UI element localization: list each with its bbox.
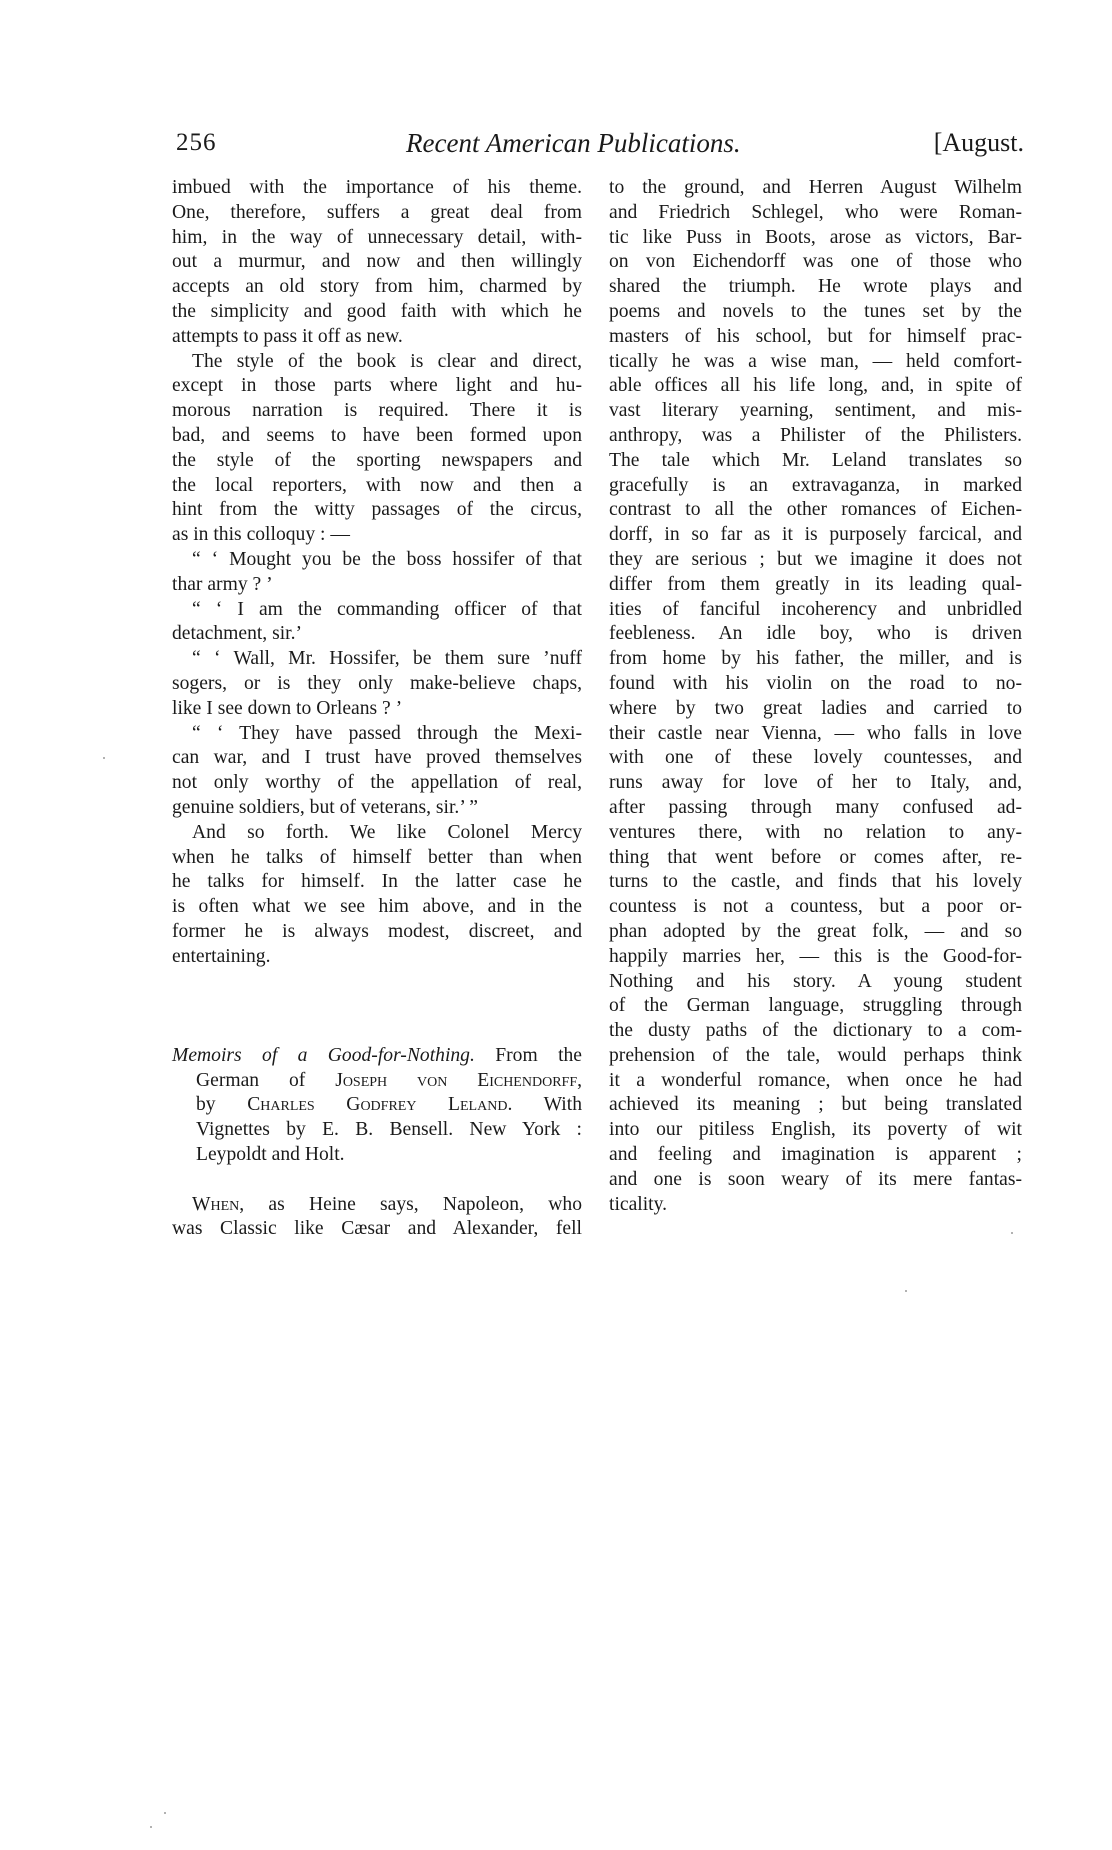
text-line: happily marries her, — this is the Good-… [609, 945, 1022, 970]
scan-speck [1011, 1232, 1013, 1234]
text-line: with one of these lovely countesses, and [609, 746, 1022, 771]
text-line: not only worthy of the appellation of re… [172, 771, 582, 796]
book-author: Joseph von Eichendorff, [335, 1070, 582, 1091]
dialogue-quote: “ ‘ They have passed through the Mexi- c… [172, 722, 582, 821]
text-line: by Charles Godfrey Leland. With [172, 1093, 582, 1118]
text-line: able offices all his life long, and, in … [609, 374, 1022, 399]
text-line: ticality. [609, 1193, 1022, 1218]
text-line: The tale which Mr. Leland translates so [609, 449, 1022, 474]
text-line: differ from them greatly in its leading … [609, 573, 1022, 598]
text-line: of the German language, struggling throu… [609, 994, 1022, 1019]
text-line: When, as Heine says, Napoleon, who [172, 1193, 582, 1218]
text-line: detachment, sir.’ [172, 622, 582, 647]
text-line: found with his violin on the road to no- [609, 672, 1022, 697]
text-line: German of Joseph von Eichendorff, [172, 1069, 582, 1094]
text-line: dorff, in so far as it is purposely farc… [609, 523, 1022, 548]
text-line: except in those parts where light and hu… [172, 374, 582, 399]
text-line: “ ‘ Wall, Mr. Hossifer, be them sure ’nu… [172, 647, 582, 672]
text-line: bad, and seems to have been formed upon [172, 424, 582, 449]
review-heading: Memoirs of a Good-for-Nothing. From the … [172, 1044, 582, 1168]
text-line: gracefully is an extravaganza, in marked [609, 474, 1022, 499]
paragraph-review-opening: When, as Heine says, Napoleon, who was C… [172, 1193, 582, 1243]
book-citation-text: German of [196, 1070, 305, 1091]
scan-speck [150, 1826, 152, 1828]
text-line: attempts to pass it off as new. [172, 325, 582, 350]
text-line: to the ground, and Herren August Wilhelm [609, 176, 1022, 201]
text-line: shared the triumph. He wrote plays and [609, 275, 1022, 300]
text-line: like I see down to Orleans ? ’ [172, 697, 582, 722]
text-line: Memoirs of a Good-for-Nothing. From the [172, 1044, 582, 1069]
text-line: was Classic like Cæsar and Alexander, fe… [172, 1217, 582, 1242]
text-line: morous narration is required. There it i… [172, 399, 582, 424]
paragraph-theme: imbued with the importance of his theme.… [172, 176, 582, 350]
text-line: and one is soon weary of its mere fantas… [609, 1168, 1022, 1193]
scan-speck [103, 757, 105, 759]
text-line: One, therefore, suffers a great deal fro… [172, 201, 582, 226]
book-citation-text: With [544, 1094, 582, 1115]
text-line: former he is always modest, discreet, an… [172, 920, 582, 945]
text-line: genuine soldiers, but of veterans, sir.’… [172, 796, 582, 821]
text-line: The style of the book is clear and direc… [172, 350, 582, 375]
text-line: sogers, or is they only make-believe cha… [172, 672, 582, 697]
text-line: poems and novels to the tunes set by the [609, 300, 1022, 325]
text-line: masters of his school, but for himself p… [609, 325, 1022, 350]
dialogue-quote: “ ‘ Mought you be the boss hossifer of t… [172, 548, 582, 598]
left-column: imbued with the importance of his theme.… [172, 176, 582, 1242]
text-line: him, in the way of unnecessary detail, w… [172, 226, 582, 251]
dialogue-quote: “ ‘ Wall, Mr. Hossifer, be them sure ’nu… [172, 647, 582, 721]
text-line: feebleness. An idle boy, who is driven [609, 622, 1022, 647]
text-fragment: , as Heine says, Napoleon, who [239, 1194, 582, 1215]
text-line: thing that went before or comes after, r… [609, 846, 1022, 871]
text-line: prehension of the tale, would perhaps th… [609, 1044, 1022, 1069]
paragraph-style: The style of the book is clear and direc… [172, 350, 582, 548]
text-line: the dusty paths of the dictionary to a c… [609, 1019, 1022, 1044]
paragraph-colonel-mercy: And so forth. We like Colonel Mercy when… [172, 821, 582, 970]
text-line: their castle near Vienna, — who falls in… [609, 722, 1022, 747]
text-line: tically he was a wise man, — held comfor… [609, 350, 1022, 375]
book-translator: Charles Godfrey Leland. [247, 1094, 512, 1115]
section-spacer [172, 1168, 582, 1193]
section-spacer [172, 970, 582, 1044]
scan-speck [164, 1812, 166, 1814]
magazine-page: 256 Recent American Publications. [Augus… [0, 0, 1112, 1850]
text-line: into our pitiless English, its poverty o… [609, 1118, 1022, 1143]
text-line: the local reporters, with now and then a [172, 474, 582, 499]
text-line: entertaining. [172, 945, 582, 970]
text-line: on von Eichendorff was one of those who [609, 250, 1022, 275]
issue-month: [August. [934, 126, 1024, 160]
right-column: to the ground, and Herren August Wilhelm… [609, 176, 1022, 1217]
book-publisher: Leypoldt and Holt. [172, 1143, 582, 1168]
text-line: is often what we see him above, and in t… [172, 895, 582, 920]
scan-speck [905, 1290, 907, 1292]
text-line: “ ‘ I am the commanding officer of that [172, 598, 582, 623]
running-header: 256 Recent American Publications. [Augus… [176, 126, 1024, 160]
text-line: and feeling and imagination is apparent … [609, 1143, 1022, 1168]
text-line: vast literary yearning, sentiment, and m… [609, 399, 1022, 424]
text-line: where by two great ladies and carried to [609, 697, 1022, 722]
lead-word: When [192, 1194, 239, 1215]
text-line: they are serious ; but we imagine it doe… [609, 548, 1022, 573]
book-title: Memoirs of a Good-for-Nothing. [172, 1045, 475, 1066]
text-line: as in this colloquy : — [172, 523, 582, 548]
text-line: “ ‘ Mought you be the boss hossifer of t… [172, 548, 582, 573]
text-line: imbued with the importance of his theme. [172, 176, 582, 201]
page-number: 256 [176, 126, 217, 160]
text-line: contrast to all the other romances of Ei… [609, 498, 1022, 523]
text-line: out a murmur, and now and then willingly [172, 250, 582, 275]
text-line: hint from the witty passages of the circ… [172, 498, 582, 523]
text-line: from home by his father, the miller, and… [609, 647, 1022, 672]
text-line: when he talks of himself better than whe… [172, 846, 582, 871]
text-line: after passing through many confused ad- [609, 796, 1022, 821]
text-line: anthropy, was a Philister of the Philist… [609, 424, 1022, 449]
text-line: can war, and I trust have proved themsel… [172, 746, 582, 771]
text-line: “ ‘ They have passed through the Mexi- [172, 722, 582, 747]
text-line: and Friedrich Schlegel, who were Roman- [609, 201, 1022, 226]
dialogue-quote: “ ‘ I am the commanding officer of that … [172, 598, 582, 648]
text-line: achieved its meaning ; but being transla… [609, 1093, 1022, 1118]
text-line: Nothing and his story. A young student [609, 970, 1022, 995]
running-title: Recent American Publications. [406, 126, 741, 160]
text-line: turns to the castle, and finds that his … [609, 870, 1022, 895]
text-line: the style of the sporting newspapers and [172, 449, 582, 474]
text-line: the simplicity and good faith with which… [172, 300, 582, 325]
text-line: accepts an old story from him, charmed b… [172, 275, 582, 300]
text-line: thar army ? ’ [172, 573, 582, 598]
text-line: phan adopted by the great folk, — and so [609, 920, 1022, 945]
text-line: ventures there, with no relation to any- [609, 821, 1022, 846]
text-line: ities of fanciful incoherency and unbrid… [609, 598, 1022, 623]
text-line: runs away for love of her to Italy, and, [609, 771, 1022, 796]
book-illustrator-publisher: Vignettes by E. B. Bensell. New York : [172, 1118, 582, 1143]
text-line: tic like Puss in Boots, arose as victors… [609, 226, 1022, 251]
text-line: And so forth. We like Colonel Mercy [172, 821, 582, 846]
text-line: countess is not a countess, but a poor o… [609, 895, 1022, 920]
book-citation-text: From the [495, 1045, 582, 1066]
book-citation-text: by [196, 1094, 216, 1115]
text-line: it a wonderful romance, when once he had [609, 1069, 1022, 1094]
text-line: he talks for himself. In the latter case… [172, 870, 582, 895]
